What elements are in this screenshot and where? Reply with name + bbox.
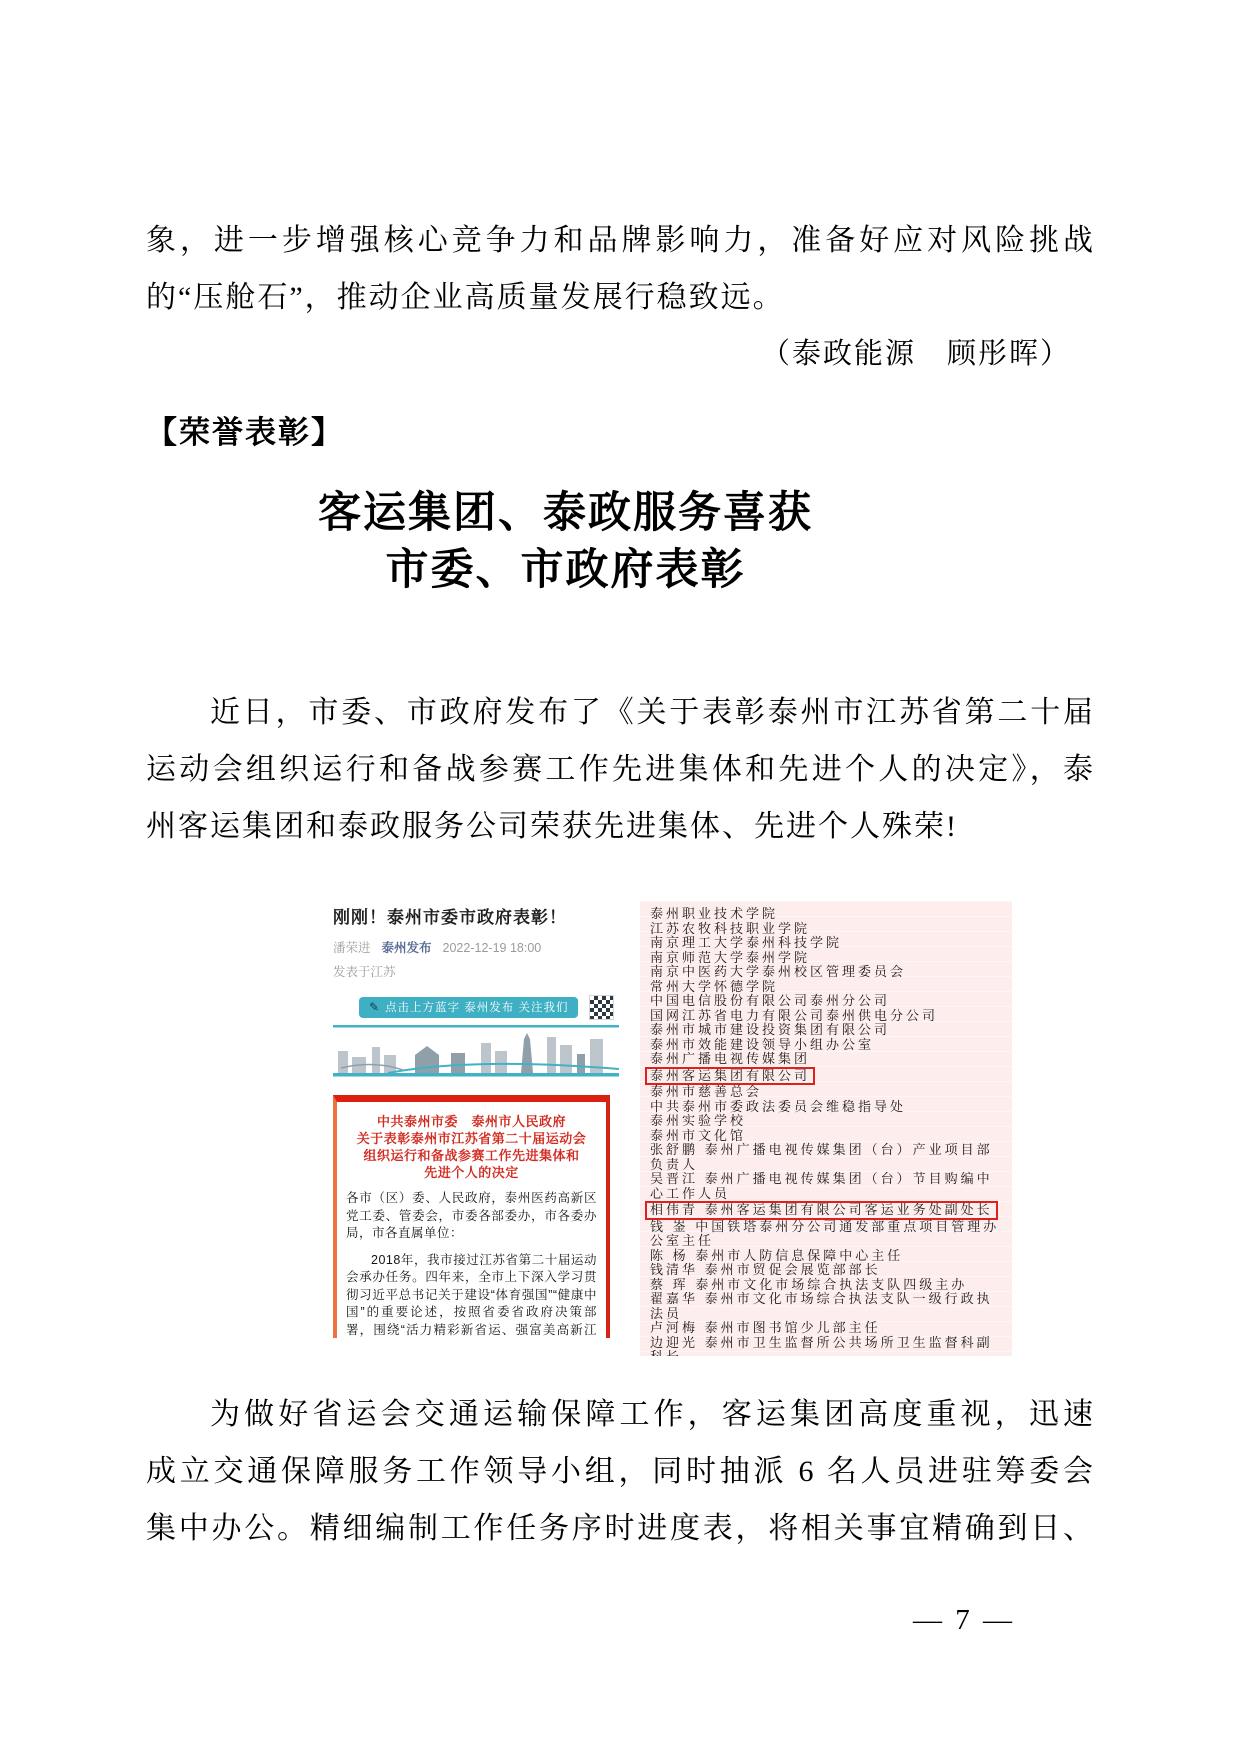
cursor-icon: ✎ xyxy=(369,1000,380,1014)
follow-us-pill: ✎点击上方蓝字 泰州发布 关注我们 xyxy=(359,997,578,1018)
page-number: — 7 — xyxy=(913,1604,1015,1637)
award-list-item: 陈 杨 泰州市人防信息保障中心主任 xyxy=(650,1249,1002,1264)
qr-code-icon xyxy=(589,995,614,1020)
award-list-item: 相伟青 泰州客运集团有限公司客运业务处副处长 xyxy=(645,1201,998,1220)
award-list-item: 泰州职业技术学院 xyxy=(650,907,1002,922)
award-list-item: 国网江苏省电力有限公司泰州供电分公司 xyxy=(650,1009,1002,1024)
section-header: 【荣誉表彰】 xyxy=(146,411,1095,455)
award-list-item: 卢河梅 泰州市图书馆少儿部主任 xyxy=(650,1321,1002,1336)
account-banner: ✎点击上方蓝字 泰州发布 关注我们 xyxy=(333,995,614,1078)
closing-paragraph: 为做好省运会交通运输保障工作，客运集团高度重视，迅速 成立交通保障服务工作领导小… xyxy=(146,1386,1095,1557)
author-name: 潘荣进 xyxy=(333,938,371,956)
attribution-line: （泰政能源 顾彤晖） xyxy=(146,326,1095,383)
award-list-item: 边迎光 泰州市卫生监督所公共场所卫生监督科副科长 xyxy=(650,1336,1002,1357)
award-list-item: 钱 崟 中国铁塔泰州分公司通发部重点项目管理办公室主任 xyxy=(650,1220,1002,1249)
award-list-item: 泰州市城市建设投资集团有限公司 xyxy=(650,1023,1002,1038)
award-list-item: 中共泰州市委政法委员会维稳指导处 xyxy=(650,1100,1002,1115)
award-list-item: 泰州实验学校 xyxy=(650,1114,1002,1129)
document-title-line: 中共泰州市委 泰州市人民政府 xyxy=(346,1113,597,1130)
wechat-article-screenshot: 刚刚！泰州市委市政府表彰！ 潘荣进 泰州发布 2022-12-19 18:00 … xyxy=(328,881,1012,1353)
article-title-line-2: 市委、市政府表彰 xyxy=(146,542,1095,599)
award-list-item: 南京师范大学泰州学院 xyxy=(650,951,1002,966)
document-title-line: 组织运行和备战参赛工作先进集体和 xyxy=(346,1147,597,1164)
wechat-article-title: 刚刚！泰州市委市政府表彰！ xyxy=(333,903,614,928)
body-text-line: 象，进一步增强核心竞争力和品牌影响力，准备好应对风险挑战 xyxy=(146,0,1095,269)
award-list-item: 南京理工大学泰州科技学院 xyxy=(650,936,1002,951)
award-list-item: 泰州客运集团有限公司 xyxy=(645,1067,815,1086)
award-list-item: 泰州广播电视传媒集团 xyxy=(650,1052,1002,1067)
body-text-line: 的“压舱石”，推动企业高质量发展行稳致远。 xyxy=(146,269,1095,326)
document-body: 2018年，我市接过江苏省第二十届运动会承办任务。四年来，全市上下深入学习贯彻习… xyxy=(346,1252,597,1339)
body-text-line: 运动会组织运行和备战参赛工作先进集体和先进个人的决定》，泰 xyxy=(146,741,1095,798)
award-list-item: 常州大学怀德学院 xyxy=(650,980,1002,995)
publish-location: 发表于江苏 xyxy=(333,962,614,980)
follow-us-text: 点击上方蓝字 泰州发布 关注我们 xyxy=(385,1002,568,1014)
wechat-article-header: 刚刚！泰州市委市政府表彰！ 潘荣进 泰州发布 2022-12-19 18:00 … xyxy=(328,903,614,1338)
intro-paragraph: 象，进一步增强核心竞争力和品牌影响力，准备好应对风险挑战 的“压舱石”，推动企业… xyxy=(146,0,1095,855)
city-skyline-illustration xyxy=(333,1024,619,1078)
article-title-line-1: 客运集团、泰政服务喜获 xyxy=(146,485,1095,542)
official-account-link: 泰州发布 xyxy=(382,938,432,956)
document-title: 中共泰州市委 泰州市人民政府关于表彰泰州市江苏省第二十届运动会组织运行和备战参赛… xyxy=(346,1113,597,1181)
award-list-item: 翟嘉华 泰州市文化市场综合执法支队一级行政执法员 xyxy=(650,1292,1002,1321)
lead-paragraph: 近日，市委、市政府发布了《关于表彰泰州市江苏省第二十届 运动会组织运行和备战参赛… xyxy=(146,684,1095,855)
publish-datetime: 2022-12-19 18:00 xyxy=(443,941,542,955)
wechat-byline: 潘荣进 泰州发布 2022-12-19 18:00 xyxy=(333,938,614,956)
body-text-line: 州客运集团和泰政服务公司荣获先进集体、先进个人殊荣! xyxy=(146,798,1095,855)
government-document-excerpt: 中共泰州市委 泰州市人民政府关于表彰泰州市江苏省第二十届运动会组织运行和备战参赛… xyxy=(333,1095,610,1338)
award-list-item: 张舒鹏 泰州广播电视传媒集团（台）产业项目部负责人 xyxy=(650,1143,1002,1172)
body-text-line: 近日，市委、市政府发布了《关于表彰泰州市江苏省第二十届 xyxy=(146,684,1095,741)
award-list-item: 中国电信股份有限公司泰州分公司 xyxy=(650,994,1002,1009)
document-page: 象，进一步增强核心竞争力和品牌影响力，准备好应对风险挑战 的“压舱石”，推动企业… xyxy=(0,0,1241,1755)
award-list-item: 泰州市慈善总会 xyxy=(650,1085,1002,1100)
award-list-item: 江苏农牧科技职业学院 xyxy=(650,922,1002,937)
award-list-item: 钱清华 泰州市贸促会展览部部长 xyxy=(650,1263,1002,1278)
award-list-item: 泰州市效能建设领导小组办公室 xyxy=(650,1038,1002,1053)
award-list-item: 吴晋江 泰州广播电视传媒集团（台）节目购编中心工作人员 xyxy=(650,1172,1002,1201)
body-text-line: 集中办公。精细编制工作任务序时进度表，将相关事宜精确到日、 xyxy=(146,1500,1095,1557)
document-salutation: 各市（区）委、人民政府，泰州医药高新区党工委、管委会，市委各部委办，市各委办局，… xyxy=(346,1190,597,1243)
award-list-item: 泰州市文化馆 xyxy=(650,1129,1002,1144)
award-list: 泰州职业技术学院江苏农牧科技职业学院南京理工大学泰州科技学院南京师范大学泰州学院… xyxy=(640,901,1012,1356)
body-text-line: 成立交通保障服务工作领导小组，同时抽派 6 名人员进驻筹委会 xyxy=(146,1443,1095,1500)
document-title-line: 关于表彰泰州市江苏省第二十届运动会 xyxy=(346,1130,597,1147)
award-list-item: 蔡 珲 泰州市文化市场综合执法支队四级主办 xyxy=(650,1278,1002,1293)
award-list-item: 南京中医药大学泰州校区管理委员会 xyxy=(650,965,1002,980)
document-title-line: 先进个人的决定 xyxy=(346,1164,597,1181)
body-text-line: 为做好省运会交通运输保障工作，客运集团高度重视，迅速 xyxy=(146,1386,1095,1443)
